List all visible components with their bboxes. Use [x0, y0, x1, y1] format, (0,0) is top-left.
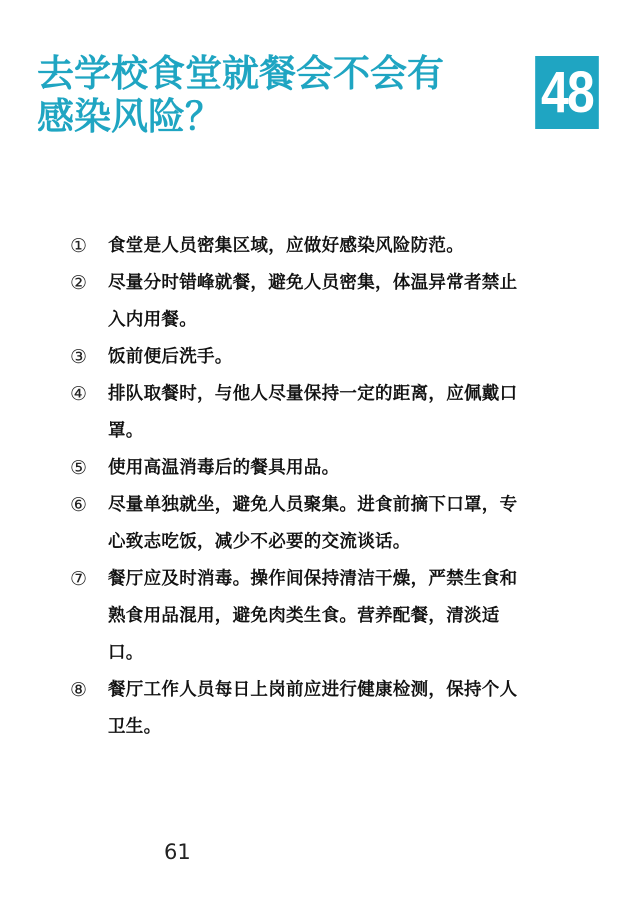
page-title: 去学校食堂就餐会不会有 感染风险？	[37, 52, 497, 138]
list-item: ⑤ 使用高温消毒后的餐具用品。	[70, 450, 530, 487]
question-number-badge: 48	[535, 56, 599, 129]
item-text: 尽量单独就坐，避免人员聚集。进食前摘下口罩，专心致志吃饭，减少不必要的交流谈话。	[108, 487, 530, 561]
tips-list: ① 食堂是人员密集区域，应做好感染风险防范。 ② 尽量分时错峰就餐，避免人员密集…	[70, 228, 530, 746]
item-number: ②	[70, 265, 108, 302]
item-text: 食堂是人员密集区域，应做好感染风险防范。	[108, 228, 530, 265]
list-item: ③ 饭前便后洗手。	[70, 339, 530, 376]
item-number: ③	[70, 339, 108, 376]
list-item: ⑥ 尽量单独就坐，避免人员聚集。进食前摘下口罩，专心致志吃饭，减少不必要的交流谈…	[70, 487, 530, 561]
list-item: ⑦ 餐厅应及时消毒。操作间保持清洁干燥，严禁生食和熟食用品混用，避免肉类生食。营…	[70, 561, 530, 672]
item-text: 餐厅工作人员每日上岗前应进行健康检测，保持个人卫生。	[108, 672, 530, 746]
item-number: ⑧	[70, 672, 108, 709]
item-number: ⑥	[70, 487, 108, 524]
page-number: 61	[164, 840, 191, 864]
title-line-2: 感染风险？	[37, 95, 497, 138]
title-line-1: 去学校食堂就餐会不会有	[37, 52, 497, 95]
item-number: ④	[70, 376, 108, 413]
list-item: ② 尽量分时错峰就餐，避免人员密集，体温异常者禁止入内用餐。	[70, 265, 530, 339]
list-item: ④ 排队取餐时，与他人尽量保持一定的距离，应佩戴口罩。	[70, 376, 530, 450]
item-number: ⑦	[70, 561, 108, 598]
item-number: ①	[70, 228, 108, 265]
list-item: ① 食堂是人员密集区域，应做好感染风险防范。	[70, 228, 530, 265]
item-text: 餐厅应及时消毒。操作间保持清洁干燥，严禁生食和熟食用品混用，避免肉类生食。营养配…	[108, 561, 530, 672]
item-text: 尽量分时错峰就餐，避免人员密集，体温异常者禁止入内用餐。	[108, 265, 530, 339]
item-number: ⑤	[70, 450, 108, 487]
list-item: ⑧ 餐厅工作人员每日上岗前应进行健康检测，保持个人卫生。	[70, 672, 530, 746]
item-text: 使用高温消毒后的餐具用品。	[108, 450, 530, 487]
item-text: 排队取餐时，与他人尽量保持一定的距离，应佩戴口罩。	[108, 376, 530, 450]
item-text: 饭前便后洗手。	[108, 339, 530, 376]
